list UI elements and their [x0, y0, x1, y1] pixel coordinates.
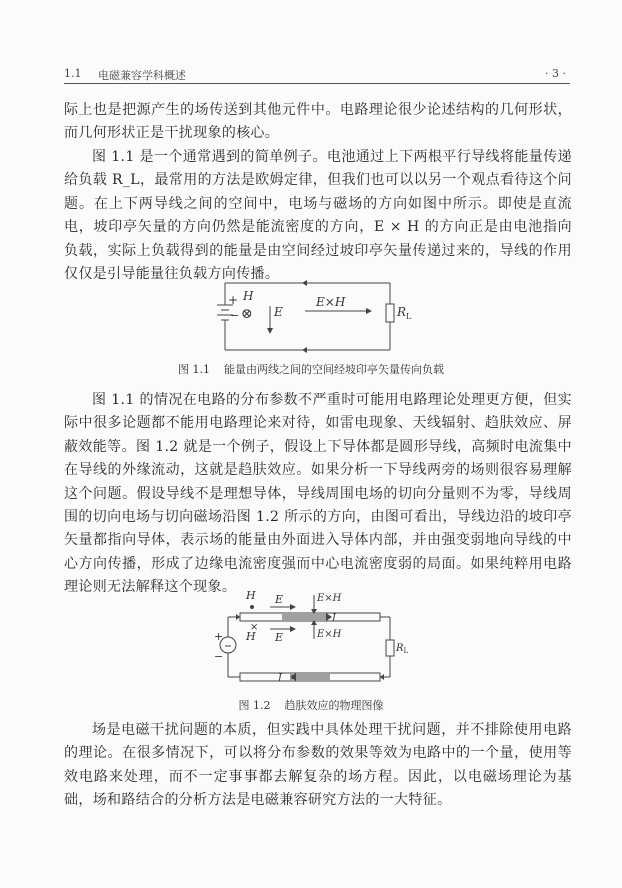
running-header: 1.1 电磁兼容学科概述 · 3 · — [64, 63, 570, 84]
section-title: 电磁兼容学科概述 — [98, 67, 186, 83]
figure-1-2-skin-effect-diagram: H E E×H I × H E E×H I + − RL — [210, 585, 410, 690]
section-number: 1.1 — [64, 67, 82, 80]
h-bottom-label: H — [245, 630, 256, 643]
battery-plus-label: + — [228, 293, 238, 307]
poynting-top-label: E×H — [316, 593, 342, 604]
battery-minus-label: − — [230, 309, 239, 322]
figure-1-1-circuit-diagram: + − H ⊗ E E×H RL — [190, 278, 430, 358]
e-field-label: E — [273, 305, 283, 319]
load-label: RL — [396, 305, 412, 321]
source-minus-label: − — [214, 650, 223, 663]
poynting-bottom-label: E×H — [316, 629, 342, 640]
h-top-label: H — [245, 589, 256, 602]
figure-1-2-caption: 图 1.2趋肤效应的物理图像 — [0, 697, 622, 713]
paragraph-figure-1-intro: 图 1.1 是一个通常遇到的简单例子。电池通过上下两根平行导线将能量传递给负载 … — [64, 146, 572, 286]
current-bottom-label: I — [277, 673, 283, 684]
page-number: · 3 · — [545, 67, 566, 80]
figure-1-1-caption-text: 能量由两线之间的空间经坡印亭矢量传向负载 — [224, 363, 444, 376]
load-label: RL — [395, 643, 409, 655]
figure-1-1-number: 图 1.1 — [178, 363, 210, 376]
paragraph-skin-effect: 图 1.1 的情况在电路的分布参数不严重时可能用电路理论处理更方便，但实际中很多… — [64, 389, 572, 600]
e-bottom-label: E — [274, 631, 283, 644]
figure-1-2-number: 图 1.2 — [239, 699, 271, 712]
h-into-page-icon: ⊗ — [241, 306, 253, 322]
current-top-label: I — [331, 613, 337, 624]
h-field-label: H — [242, 289, 254, 303]
e-top-label: E — [274, 593, 283, 606]
paragraph-continuation: 际上也是把源产生的场传送到其他元件中。电路理论很少论述结构的几何形状，而几何形状… — [64, 99, 572, 146]
paragraph-field-and-circuit: 场是电磁干扰问题的本质，但实践中具体处理干扰问题，并不排除使用电路的理论。在很多… — [64, 719, 572, 813]
source-plus-label: + — [214, 630, 223, 643]
figure-1-2-caption-text: 趋肤效应的物理图像 — [285, 699, 384, 712]
figure-1-1-caption: 图 1.1能量由两线之间的空间经坡印亭矢量传向负载 — [0, 361, 622, 377]
poynting-label: E×H — [315, 295, 346, 309]
